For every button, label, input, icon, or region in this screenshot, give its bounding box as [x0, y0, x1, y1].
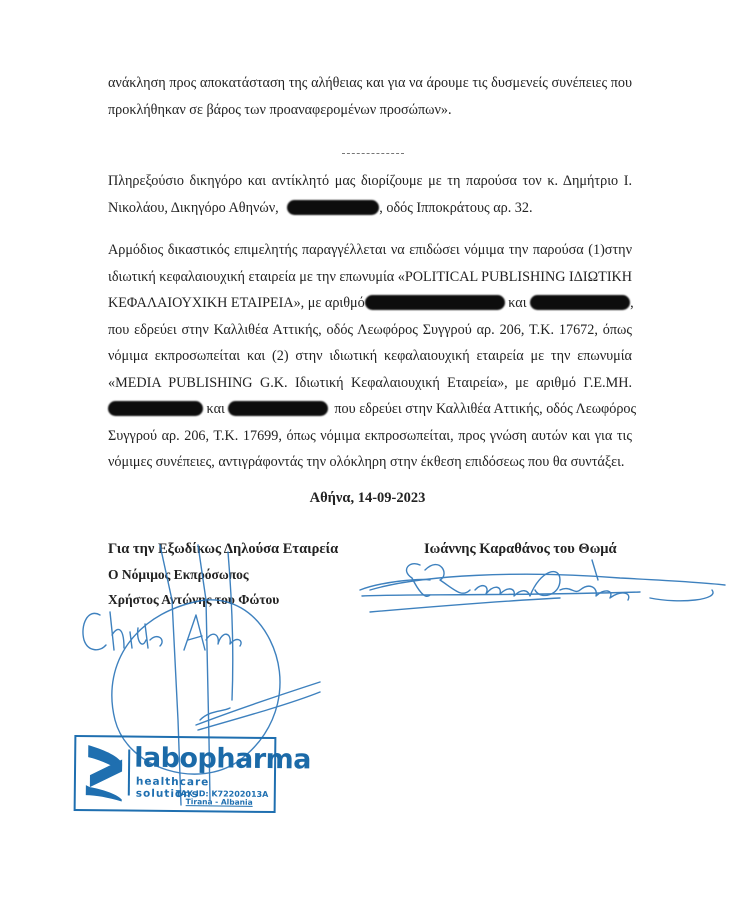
labopharma-logo-icon	[82, 741, 127, 803]
signature-left-christos	[83, 612, 162, 650]
stamp-brand: labopharma	[134, 744, 311, 776]
company-stamp: labopharma healthcare solutions TAX ID: …	[74, 735, 277, 813]
stamp-divider	[128, 750, 130, 796]
signature-right-flourish	[370, 574, 725, 590]
document-page: ανάκληση προς αποκατάσταση της αλήθειας …	[0, 0, 735, 904]
stamp-city: Tirana - Albania	[186, 798, 253, 807]
